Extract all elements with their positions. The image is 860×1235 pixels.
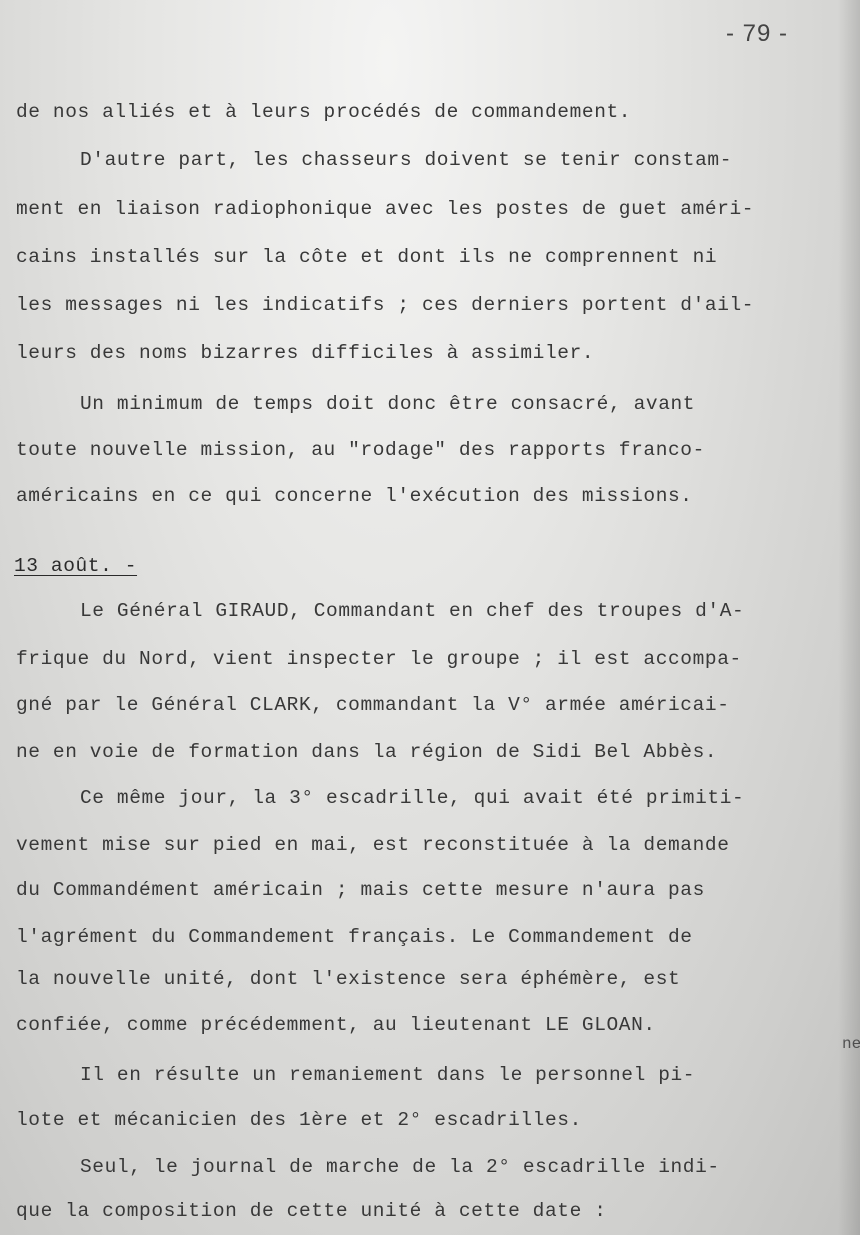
text-line: américains en ce qui concerne l'exécutio… bbox=[16, 484, 693, 508]
text-line: cains installés sur la côte et dont ils … bbox=[16, 245, 717, 269]
text-line: que la composition de cette unité à cett… bbox=[16, 1199, 607, 1223]
date-heading: 13 août. - bbox=[14, 555, 137, 577]
text-line: frique du Nord, vient inspecter le group… bbox=[16, 647, 742, 671]
text-line: vement mise sur pied en mai, est reconst… bbox=[16, 833, 730, 857]
text-line: les messages ni les indicatifs ; ces der… bbox=[16, 293, 754, 317]
text-line: Un minimum de temps doit donc être consa… bbox=[80, 392, 695, 416]
text-line: toute nouvelle mission, au "rodage" des … bbox=[16, 438, 705, 462]
typewritten-page: - 79 - de nos alliés et à leurs procédés… bbox=[0, 0, 860, 1235]
text-line: ment en liaison radiophonique avec les p… bbox=[16, 197, 754, 221]
text-line: Le Général GIRAUD, Commandant en chef de… bbox=[80, 599, 744, 623]
page-number: - 79 - bbox=[726, 20, 788, 48]
text-line: Il en résulte un remaniement dans le per… bbox=[80, 1063, 695, 1087]
text-line: gné par le Général CLARK, commandant la … bbox=[16, 693, 730, 717]
text-line: ne en voie de formation dans la région d… bbox=[16, 740, 717, 764]
margin-fragment: ne bbox=[842, 1035, 860, 1053]
text-line: lote et mécanicien des 1ère et 2° escadr… bbox=[16, 1108, 582, 1132]
text-line: leurs des noms bizarres difficiles à ass… bbox=[16, 341, 594, 365]
text-line: la nouvelle unité, dont l'existence sera… bbox=[16, 967, 680, 991]
text-line: Seul, le journal de marche de la 2° esca… bbox=[80, 1155, 720, 1179]
text-line: de nos alliés et à leurs procédés de com… bbox=[16, 100, 631, 124]
text-line: l'agrément du Commandement français. Le … bbox=[16, 925, 693, 949]
text-line: confiée, comme précédemment, au lieutena… bbox=[16, 1013, 656, 1037]
text-line: Ce même jour, la 3° escadrille, qui avai… bbox=[80, 786, 744, 810]
text-line: D'autre part, les chasseurs doivent se t… bbox=[80, 148, 732, 172]
text-line: du Commandément américain ; mais cette m… bbox=[16, 878, 705, 902]
